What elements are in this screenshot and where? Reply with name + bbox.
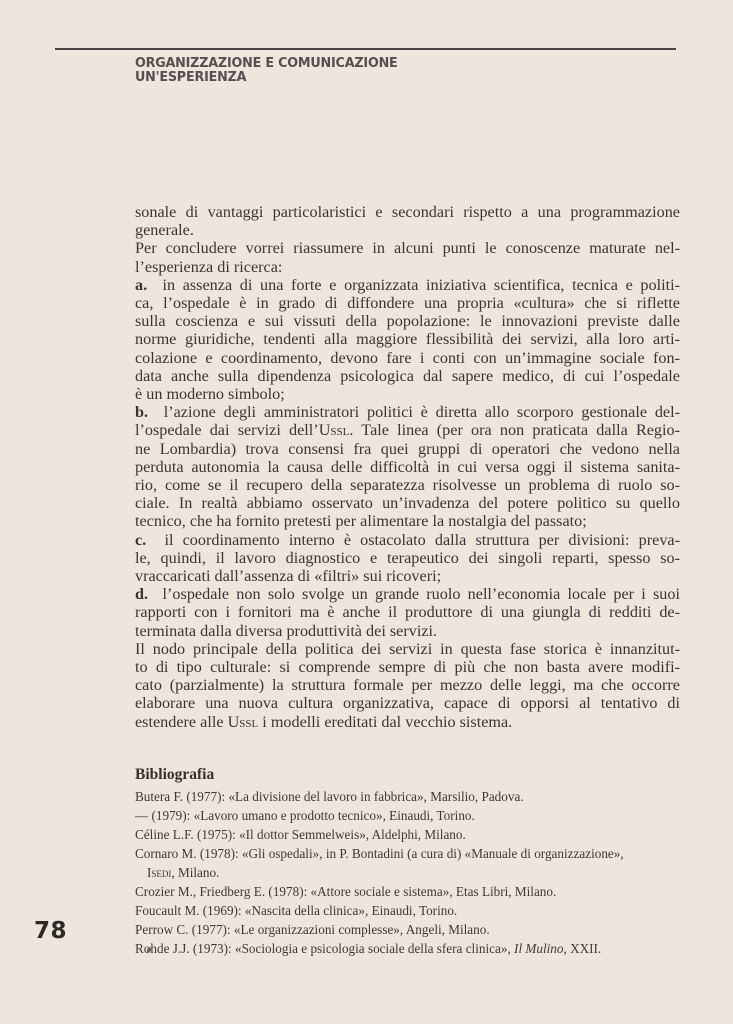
bibliography-entry: — (1979): «Lavoro umano e prodotto tecni… <box>135 806 685 825</box>
bibliography: Bibliografia Butera F. (1977): «La divis… <box>135 766 685 958</box>
text-line: cato (parzialmente) la struttura formale… <box>135 676 680 694</box>
list-marker: a. <box>135 276 147 294</box>
text-line: le, quindi, il lavoro diagnostico e tera… <box>135 549 680 567</box>
list-item-a: a. in assenza di una forte e organizzata… <box>135 276 680 294</box>
acronym-isedi: Isedi <box>147 865 171 880</box>
text-line: ciale. In realtà abbiamo osservato un’in… <box>135 494 680 512</box>
text-line: Il nodo principale della politica dei se… <box>135 640 680 658</box>
list-item-b: b. l’azione degli amministratori politic… <box>135 403 680 421</box>
bibliography-heading: Bibliografia <box>135 766 685 784</box>
list-marker: c. <box>135 531 146 549</box>
bibliography-entry: Céline L.F. (1975): «Il dottor Semmelwei… <box>135 825 685 844</box>
text-line: sulla coscienza e sui vissuti della popo… <box>135 312 680 330</box>
text-line: colazione e coordinamento, devono fare i… <box>135 349 680 367</box>
text-line: generale. <box>135 221 680 239</box>
text-line: l’esperienza di ricerca: <box>135 258 680 276</box>
text-line: data anche sulla dipendenza psicologica … <box>135 367 680 385</box>
text-line: rio, come se il recupero della separatez… <box>135 476 680 494</box>
text-line: l’ospedale dai servizi dell’Ussl. Tale l… <box>135 421 680 439</box>
text-line: elaborare una nuova cultura organizzativ… <box>135 694 680 712</box>
bibliography-entry: Rohde J.J. (1973): «Sociologia e psicolo… <box>135 939 685 958</box>
acronym-ussl: Ussl <box>319 421 350 439</box>
list-marker: b. <box>135 403 148 421</box>
header-title-line2: UN'ESPERIENZA <box>135 71 398 85</box>
text-line: terminata dalla diversa produttività dei… <box>135 622 680 640</box>
text-line: rapporti con i fornitori ma è anche il p… <box>135 603 680 621</box>
header-rule <box>55 48 676 50</box>
list-item-d: d. l’ospedale non solo svolge un grande … <box>135 585 680 603</box>
text-line: tecnico, che ha fornito pretesti per ali… <box>135 512 680 530</box>
list-marker: d. <box>135 585 148 603</box>
journal-title: Il Mulino <box>514 941 563 956</box>
text-line: è un moderno simbolo; <box>135 385 680 403</box>
text-line: ca, l’ospedale è in grado di diffondere … <box>135 294 680 312</box>
list-item-c: c. il coordinamento interno è ostacolato… <box>135 531 680 549</box>
text-line: sonale di vantaggi particolaristici e se… <box>135 203 680 221</box>
bibliography-entry: Perrow C. (1977): «Le organizzazioni com… <box>135 920 685 939</box>
bibliography-entry: Cornaro M. (1978): «Gli ospedali», in P.… <box>135 844 685 882</box>
text-line: vraccaricati dall’assenza di «filtri» su… <box>135 567 680 585</box>
running-header: ORGANIZZAZIONE E COMUNICAZIONE UN'ESPERI… <box>135 57 398 85</box>
page-number: 78 <box>34 918 67 944</box>
text-line: perduta autonomia la causa delle diffico… <box>135 458 680 476</box>
text-line: to di tipo culturale: si comprende sempr… <box>135 658 680 676</box>
text-line: norme giuridiche, tendenti alla maggiore… <box>135 330 680 348</box>
bibliography-entry: Crozier M., Friedberg E. (1978): «Attore… <box>135 882 685 901</box>
bibliography-entry: Butera F. (1977): «La divisione del lavo… <box>135 787 685 806</box>
text-line: Per concludere vorrei riassumere in alcu… <box>135 239 680 257</box>
text-line: ne Lombardia) trova consensi fra quei gr… <box>135 440 680 458</box>
body-text: sonale di vantaggi particolaristici e se… <box>135 203 680 731</box>
text-line: estendere alle Ussl i modelli ereditati … <box>135 713 680 731</box>
bibliography-entry: Foucault M. (1969): «Nascita della clini… <box>135 901 685 920</box>
header-title-line1: ORGANIZZAZIONE E COMUNICAZIONE <box>135 57 398 71</box>
acronym-ussl: Ussl <box>228 713 259 731</box>
